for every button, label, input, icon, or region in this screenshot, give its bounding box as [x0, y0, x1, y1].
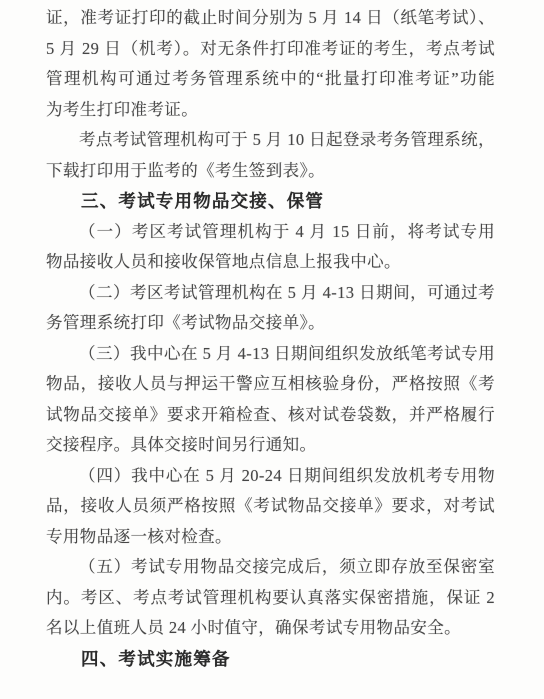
text-line: 为考生打印准考证。 [46, 95, 495, 126]
text-line: 交接程序。具体交接时间另行通知。 [46, 430, 495, 461]
section-heading-4: 四、考试实施筹备 [46, 644, 495, 675]
text-line: （三）我中心在 5 月 4-13 日期间组织发放纸笔考试专用 [46, 339, 495, 370]
text-line: 务管理系统打印《考试物品交接单》。 [46, 308, 495, 339]
text-line: 物品接收人员和接收保管地点信息上报我中心。 [46, 247, 495, 278]
text-line: 品，接收人员须严格按照《考试物品交接单》要求，对考试 [46, 491, 495, 522]
text-line: 物品，接收人员与押运干警应互相核验身份，严格按照《考 [46, 369, 495, 400]
text-line: 试物品交接单》要求开箱检查、核对试卷袋数，并严格履行 [46, 400, 495, 431]
document-page: 证，准考证打印的截止时间分别为 5 月 14 日（纸笔考试）、 5 月 29 日… [0, 0, 544, 699]
text-line: 专用物品逐一核对检查。 [46, 522, 495, 553]
text-line: （五）考试专用物品交接完成后，须立即存放至保密室 [46, 552, 495, 583]
text-line: （一）考区考试管理机构于 4 月 15 日前，将考试专用 [46, 217, 495, 248]
text-line: 下载打印用于监考的《考生签到表》。 [46, 156, 495, 187]
text-line: 5 月 29 日（机考）。对无条件打印准考证的考生，考点考试 [46, 34, 495, 65]
text-line: 证，准考证打印的截止时间分别为 5 月 14 日（纸笔考试）、 [46, 3, 495, 34]
section-heading-3: 三、考试专用物品交接、保管 [46, 186, 495, 217]
text-line: 管理机构可通过考务管理系统中的“批量打印准考证”功能 [46, 64, 495, 95]
text-line: 考点考试管理机构可于 5 月 10 日起登录考务管理系统， [46, 125, 495, 156]
text-line: （四）我中心在 5 月 20-24 日期间组织发放机考专用物 [46, 461, 495, 492]
text-line: 名以上值班人员 24 小时值守，确保考试专用物品安全。 [46, 613, 495, 644]
text-line: 内。考区、考点考试管理机构要认真落实保密措施，保证 2 [46, 583, 495, 614]
text-line: （二）考区考试管理机构在 5 月 4-13 日期间，可通过考 [46, 278, 495, 309]
